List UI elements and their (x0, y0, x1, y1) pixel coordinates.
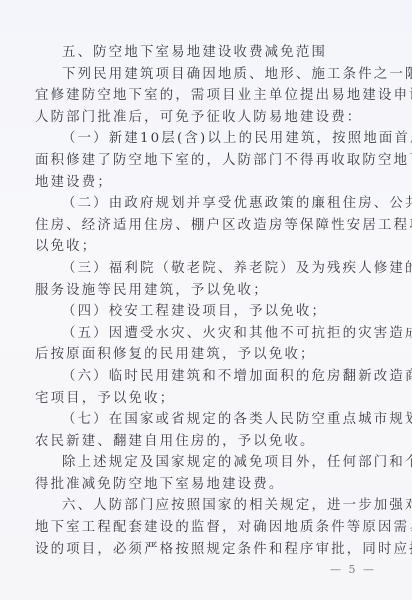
paragraph-line: 农民新建、翻建自用住房的，予以免收。 (35, 431, 380, 453)
paragraph-line: 人防部门批准后，可免予征收人防易地建设费： (35, 107, 380, 129)
list-item-4: （四）校安工程建设项目，予以免收； (35, 301, 380, 323)
paragraph-line: 以免收； (35, 236, 380, 258)
paragraph-line: 下列民用建筑项目确因地质、地形、施工条件之一限制不 (35, 64, 380, 86)
list-item-7: （七）在国家或省规定的各类人民防空重点城市规划区内， (35, 409, 380, 431)
list-item-1: （一）新建10层(含)以上的民用建筑，按照地面首层建筑 (35, 128, 380, 150)
document-body: 五、防空地下室易地建设收费减免范围 下列民用建筑项目确因地质、地形、施工条件之一… (35, 42, 380, 560)
list-item-3: （三）福利院（敬老院、养老院）及为残疾人修建的生活 (35, 258, 380, 280)
list-item-2: （二）由政府规划并享受优惠政策的廉租住房、公共租赁 (35, 193, 380, 215)
section-heading: 五、防空地下室易地建设收费减免范围 (35, 42, 380, 64)
paragraph-line: 宜修建防空地下室的，需项目业主单位提出易地建设申请，经 (35, 85, 380, 107)
paragraph-line: 宅项目，予以免收； (35, 388, 380, 410)
page-number: — 5 — (330, 563, 376, 576)
section-heading-6: 六、人防部门应按照国家的相关规定，进一步加强对防空 (35, 495, 380, 517)
paragraph-line: 服务设施等民用建筑，予以免收； (35, 280, 380, 302)
paragraph-line: 面积修建了防空地下室的，人防部门不得再收取防空地下室易 (35, 150, 380, 172)
paragraph-line: 设的项目，必须严格按照规定条件和程序审批，同时应提高防 (35, 539, 380, 561)
list-item-6: （六）临时民用建筑和不增加面积的危房翻新改造商品住 (35, 366, 380, 388)
paragraph-line: 住房、经济适用住房、棚户区改造房等保障性安居工程项目予 (35, 215, 380, 237)
paragraph-line: 得批准减免防空地下室易地建设费。 (35, 474, 380, 496)
list-item-5: （五）因遭受水灾、火灾和其他不可抗拒的灾害造成损坏 (35, 323, 380, 345)
paragraph-line: 后按原面积修复的民用建筑，予以免收； (35, 344, 380, 366)
document-page: 五、防空地下室易地建设收费减免范围 下列民用建筑项目确因地质、地形、施工条件之一… (0, 0, 412, 600)
paragraph-line: 除上述规定及国家规定的减免项目外，任何部门和个人不 (35, 452, 380, 474)
paragraph-line: 地建设费； (35, 172, 380, 194)
paragraph-line: 地下室工程配套建设的监督，对确因地质条件等原因需易地建 (35, 517, 380, 539)
